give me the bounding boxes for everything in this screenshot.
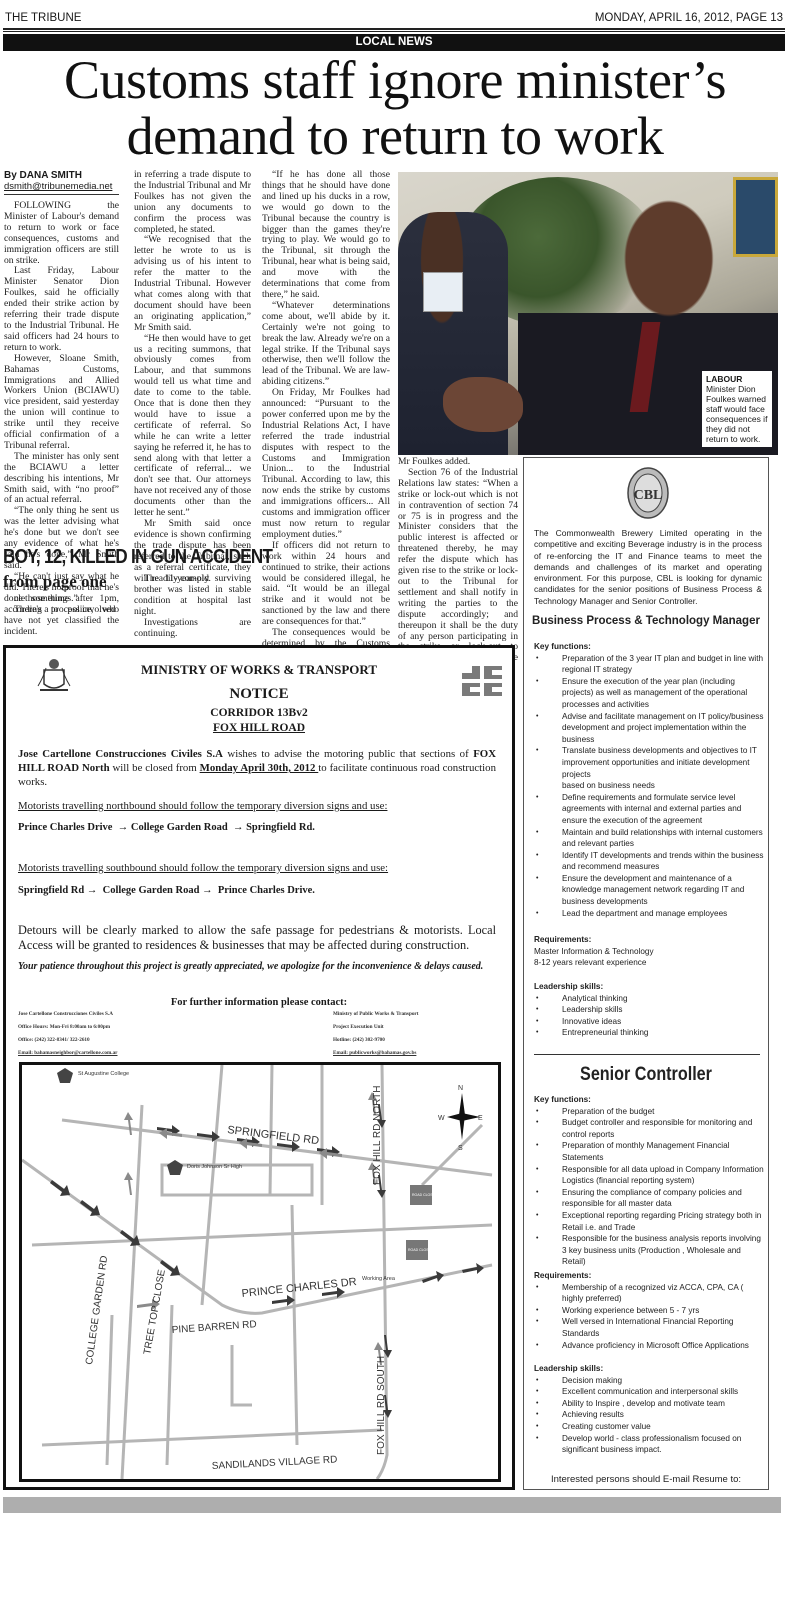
list-item: Leadership skills	[534, 1004, 766, 1016]
list-item: Ability to Inspire , develop and motivat…	[534, 1398, 766, 1410]
svg-text:PINE BARREN RD: PINE BARREN RD	[171, 1319, 257, 1336]
list-item: Achieving results	[534, 1409, 766, 1421]
article-column-2: in referring a trade dispute to the Indu…	[134, 170, 251, 584]
contact-left: Jose Cartellone Construcciones Civiles S…	[18, 1008, 118, 1060]
list-item: Decision making	[534, 1375, 766, 1387]
northbound-route: Prince Charles Drive → College Garden Ro…	[18, 822, 315, 833]
photo-caption: LABOUR Minister Dion Foulkes warned staf…	[702, 371, 772, 447]
job-1-leadership-skills: Leadership skills: Analytical thinking L…	[534, 981, 766, 1039]
southbound-label: Motorists travelling southbound should f…	[18, 861, 496, 875]
list-item: Develop world - class professionalism fo…	[534, 1433, 766, 1456]
paragraph: in referring a trade dispute to the Indu…	[134, 170, 251, 235]
paragraph: On Friday, Mr Foulkes had announced: “Pu…	[262, 388, 390, 541]
article-column-3: “If he has done all those things that he…	[262, 170, 390, 694]
minister-photo: LABOUR Minister Dion Foulkes warned staf…	[398, 172, 778, 455]
author-email-link[interactable]: dsmith@tribunemedia.net	[4, 181, 119, 195]
svg-text:COLLEGE GARDEN RD: COLLEGE GARDEN RD	[84, 1255, 110, 1365]
svg-text:St Augustine College: St Augustine College	[78, 1071, 129, 1077]
road-closure-notice: MINISTRY OF WORKS & TRANSPORT NOTICE COR…	[3, 645, 515, 1490]
list-item: Ensure the development and maintenance o…	[534, 873, 766, 908]
paragraph: “Whatever determinations come about, we'…	[262, 301, 390, 388]
list-item: Innovative ideas	[534, 1016, 766, 1028]
notice-title: NOTICE	[6, 686, 512, 703]
svg-text:W: W	[438, 1115, 445, 1122]
ad-footer: Interested persons should E-mail Resume …	[524, 1474, 768, 1485]
paragraph: “If he has done all those things that he…	[262, 170, 390, 301]
paragraph: The minister has only sent the BCIAWU a …	[4, 452, 119, 507]
svg-text:ROAD CLOSED: ROAD CLOSED	[408, 1248, 434, 1252]
list-item: Preparation of the budget	[534, 1106, 766, 1118]
svg-text:S: S	[458, 1145, 463, 1152]
notice-corridor: CORRIDOR 13Bv2	[6, 707, 512, 719]
list-item: Ensure the execution of the year plan (i…	[534, 676, 766, 711]
list-item: Responsible for the business analysis re…	[534, 1233, 766, 1268]
list-item: Analytical thinking	[534, 993, 766, 1005]
job-2-leadership-skills: Leadership skills: Decision making Excel…	[534, 1363, 766, 1456]
job-1-requirements: Requirements: Master Information & Techn…	[534, 934, 766, 969]
paragraph: If officers did not return to work withi…	[262, 541, 390, 628]
paragraph: However, Sloane Smith, Bahamas Customs, …	[4, 354, 119, 452]
boy-story-headline: BOY, 12, KILLED IN GUN ACCIDENT	[3, 545, 216, 569]
cbl-job-advertisement: CBL The Commonwealth Brewery Limited ope…	[523, 457, 769, 1490]
list-item: Membership of a recognized viz ACCA, CPA…	[534, 1282, 766, 1305]
headline-line-1: Customs staff ignore minister’s	[0, 52, 790, 108]
paragraph: The 11-year-old surviving brother was li…	[134, 574, 251, 618]
microphone-image-region	[423, 272, 463, 312]
svg-text:SANDILANDS VILLAGE RD: SANDILANDS VILLAGE RD	[212, 1454, 338, 1472]
paragraph: FOLLOWING the Minister of Labour's deman…	[4, 201, 119, 266]
notice-intro: Jose Cartellone Construcciones Civiles S…	[18, 747, 496, 789]
boy-story-column-1: cle sometime after 1pm, according to pol…	[4, 594, 119, 638]
list-item: Entrepreneurial thinking	[534, 1027, 766, 1039]
job-2-requirements: Requirements: Membership of a recognized…	[534, 1270, 766, 1351]
detours-text: Detours will be clearly marked to allow …	[18, 923, 496, 953]
contact-right: Ministry of Public Works & Transport Pro…	[333, 1008, 418, 1060]
list-item: Translate business developments and obje…	[534, 745, 766, 791]
headline-line-2: demand to return to work	[0, 108, 790, 164]
job-1-title: Business Process & Technology Manager	[524, 615, 768, 627]
svg-text:N: N	[458, 1085, 463, 1092]
svg-text:FOX HILL RD NORTH: FOX HILL RD NORTH	[372, 1086, 383, 1185]
arrow-right-icon: →	[118, 822, 129, 833]
apology-text: Your patience throughout this project is…	[18, 961, 496, 973]
list-item: Lead the department and manage employees	[534, 908, 766, 920]
arrow-right-icon: →	[202, 885, 213, 896]
southbound-route: Springfield Rd → College Garden Road → P…	[18, 885, 315, 896]
cbl-logo-icon: CBL	[627, 467, 669, 519]
list-item: Preparation of monthly Management Financ…	[534, 1140, 766, 1163]
list-item: Excellent communication and interpersona…	[534, 1386, 766, 1398]
paragraph: Last Friday, Labour Minister Senator Dio…	[4, 266, 119, 353]
ministry-email-link[interactable]: Email: publicworks@bahamas.gov.bs	[333, 1047, 418, 1060]
section-label: LOCAL NEWS	[3, 34, 785, 51]
job-2-key-functions: Key functions: Preparation of the budget…	[534, 1094, 766, 1268]
paragraph: cle sometime after 1pm, according to pol…	[4, 594, 119, 638]
byline: By DANA SMITH	[4, 170, 119, 181]
list-item: Identify IT developments and trends with…	[534, 850, 766, 873]
paper-name: THE TRIBUNE	[5, 12, 81, 24]
list-item: Advise and facilitate management on IT p…	[534, 711, 766, 746]
article-column-4: Mr Foulkes added. Section 76 of the Indu…	[398, 457, 518, 675]
svg-text:Doris Johnson Sr High: Doris Johnson Sr High	[187, 1164, 242, 1170]
masthead: THE TRIBUNE MONDAY, APRIL 16, 2012, PAGE…	[3, 10, 785, 26]
section-divider	[534, 1054, 760, 1055]
school-marker-icon	[167, 1160, 183, 1175]
list-item: Maintain and build relationships with in…	[534, 827, 766, 850]
hand-image-region	[443, 377, 523, 432]
boy-story-column-2: The 11-year-old surviving brother was li…	[134, 574, 251, 639]
contact-heading: For further information please contact:	[6, 997, 512, 1008]
list-item: Exceptional reporting regarding Pricing …	[534, 1210, 766, 1233]
svg-text:E: E	[478, 1115, 483, 1122]
ad-intro: The Commonwealth Brewery Limited operati…	[534, 528, 762, 607]
dateline: MONDAY, APRIL 16, 2012, PAGE 13	[595, 12, 783, 24]
page-headline: Customs staff ignore minister’s demand t…	[0, 52, 790, 164]
list-item: Define requirements and formulate servic…	[534, 792, 766, 827]
paragraph: “We recognised that the letter he wrote …	[134, 235, 251, 333]
svg-text:CBL: CBL	[634, 488, 663, 503]
list-item: Creating customer value	[534, 1421, 766, 1433]
svg-text:TREE TOP CLOSE: TREE TOP CLOSE	[142, 1268, 168, 1355]
list-item: Responsible for all data upload in Compa…	[534, 1164, 766, 1187]
arrow-right-icon: →	[233, 822, 244, 833]
page-bottom-bar	[3, 1497, 781, 1513]
list-item: Well versed in International Financial R…	[534, 1316, 766, 1339]
list-item: Preparation of the 3 year IT plan and bu…	[534, 653, 766, 676]
paragraph: Investigations are continuing.	[134, 618, 251, 640]
notice-ministry: MINISTRY OF WORKS & TRANSPORT	[6, 662, 512, 678]
diversion-arrows	[50, 1105, 484, 1418]
school-marker-icon	[57, 1068, 73, 1083]
paragraph: “He then would have to get us a reciting…	[134, 334, 251, 519]
list-item: Budget controller and responsible for mo…	[534, 1117, 766, 1140]
job-2-title: Senior Controller	[542, 1064, 749, 1086]
northbound-label: Motorists travelling northbound should f…	[18, 799, 496, 813]
list-item: Advance proficiency in Microsoft Office …	[534, 1340, 766, 1352]
svg-text:ROAD CLOSED: ROAD CLOSED	[412, 1193, 438, 1197]
boy-story-jump-label: from page one	[3, 572, 107, 592]
contractor-email-link[interactable]: Email: bahamasneighbor@cartellone.com.ar	[18, 1047, 118, 1060]
arrow-right-icon: →	[87, 885, 98, 896]
svg-text:Working Area: Working Area	[362, 1276, 396, 1282]
road-map-drawing: St Augustine College Doris Johnson Sr Hi…	[22, 1065, 498, 1479]
job-1-key-functions: Key functions: Preparation of the 3 year…	[534, 641, 766, 919]
list-item: Ensuring the compliance of company polic…	[534, 1187, 766, 1210]
list-item: Working experience between 5 - 7 yrs	[534, 1305, 766, 1317]
notice-road: FOX HILL ROAD	[6, 722, 512, 734]
masthead-rule	[3, 28, 785, 32]
svg-text:FOX HILL RD SOUTH: FOX HILL RD SOUTH	[376, 1356, 387, 1455]
diversion-map: St Augustine College Doris Johnson Sr Hi…	[19, 1062, 501, 1482]
